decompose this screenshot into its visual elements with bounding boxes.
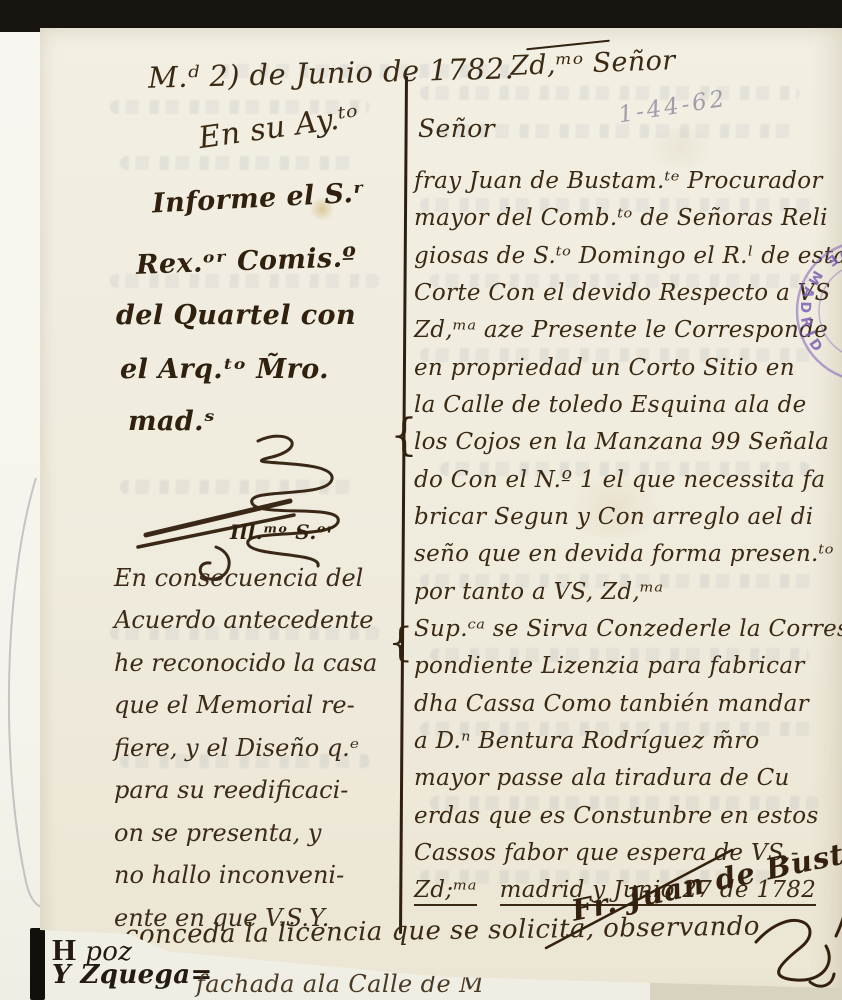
- petition-line: seño que en devida forma presen.ᵗᵒ: [414, 541, 834, 567]
- petition-line: Zd,ᵐᵃ aze Presente le Corresponde: [414, 317, 828, 343]
- petition-line: bricar Segun y Con arreglo ael di: [414, 504, 813, 530]
- margin-decree-line: del Quartel con: [116, 300, 356, 331]
- margin-report-line: que el Memorial re-: [114, 691, 355, 719]
- ink-showthrough: [420, 86, 800, 100]
- petition-line: fray Juan de Bustam.ᵗᵉ Procurador: [414, 168, 823, 194]
- binding-shadow: [30, 928, 45, 1000]
- margin-report-line: on se presenta, y: [114, 819, 321, 847]
- petition-line: la Calle de toledo Esquina ala de: [414, 392, 807, 418]
- spacer: [484, 877, 492, 903]
- petition-line: giosas de S.ᵗᵒ Domingo el R.ˡ de esta: [414, 243, 842, 269]
- brace-mark: {: [388, 620, 413, 666]
- manuscript-leaf: M.ᵈ 2) de Junio de 1782. Zd,ᵐᵒ Señor 1-4…: [40, 28, 842, 1000]
- margin-report-line: no hallo inconveni-: [114, 861, 344, 889]
- margin-decree-line: el Arq.ᵗᵒ M̃ro.: [120, 354, 329, 385]
- petition-line: dha Cassa Como tanbién mandar: [414, 691, 809, 717]
- petition-line: a D.ⁿ Bentura Rodríguez m̃ro: [414, 728, 760, 754]
- petition-line: do Con el N.º 1 el que necessita fa: [414, 467, 825, 493]
- petition-line: mayor passe ala tiradura de Cu: [414, 765, 790, 791]
- petition-line: en propriedad un Corto Sitio en: [414, 355, 795, 381]
- margin-report-line: fiere, y el Diseño q.ᵉ: [114, 734, 359, 762]
- margin-report-line: En consecuencia del: [114, 564, 363, 592]
- report-salutation: Ill.ᵐᵒ S.ᵒʳ: [230, 520, 335, 544]
- petition-salutation: Señor: [418, 114, 495, 143]
- paper-stain: [640, 128, 720, 168]
- rubric-flourish: [130, 423, 360, 583]
- closing-abbreviation: Zd;ᵐᵃ: [414, 877, 477, 906]
- margin-report-line: he reconocido la casa: [114, 649, 377, 677]
- underpage-fragment-zquega: Y Zquega=: [52, 960, 213, 990]
- addressee-line: Zd,ᵐᵒ Señor: [510, 45, 677, 82]
- petition-line: los Cojos en la Manzana 99 Señala: [414, 429, 829, 455]
- scan-top-band: [0, 0, 842, 32]
- margin-report-line: Acuerdo antecedente: [114, 606, 373, 634]
- archive-ink-stamp: DE MADRID: [792, 236, 842, 386]
- petition-line: Corte Con el devido Respecto a VS: [414, 280, 831, 306]
- petition-line: por tanto a VS, Zd,ᵐᵃ: [414, 579, 663, 605]
- ink-showthrough: [120, 156, 360, 170]
- column-divider-rule: [399, 76, 408, 934]
- petition-line: mayor del Comb.ᵗᵒ de Señoras Reli: [414, 205, 828, 231]
- manuscript-scan: { "document": { "pencil_number": "1-44-6…: [0, 0, 842, 1000]
- margin-report-line: para su reedificaci-: [114, 776, 348, 804]
- petition-line: Sup.ᶜᵃ se Sirva Conzederle la Corres: [414, 616, 842, 642]
- petition-line: pondiente Lizenzia para fabricar: [414, 653, 805, 679]
